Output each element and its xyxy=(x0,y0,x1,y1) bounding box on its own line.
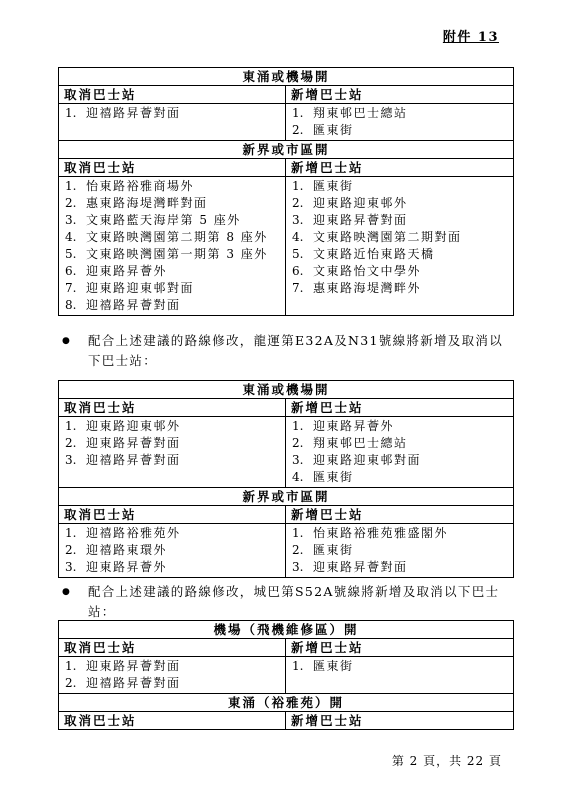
bus-stop-row: 1.迎禧路裕雅苑外 xyxy=(59,525,285,542)
bus-stop-number: 5. xyxy=(59,246,86,263)
table-section-body: 1.迎東路昇薈對面2.迎禧路昇薈對面1.匯東街 xyxy=(59,656,513,693)
bus-stop-number: 1. xyxy=(286,418,313,435)
table-column-headers: 取消巴士站新增巴士站 xyxy=(59,638,513,656)
cancel-stop-list: 1.迎禧路裕雅苑外2.迎禧路東環外3.迎東路昇薈外 xyxy=(59,524,286,577)
document-page: 附件 13 東涌或機場開取消巴士站新增巴士站1.迎禧路昇薈對面1.翔東邨巴士總站… xyxy=(0,0,566,800)
table-column-headers: 取消巴士站新增巴士站 xyxy=(59,505,513,523)
bus-stop-name: 匯東街 xyxy=(313,469,513,486)
bus-stop-row: 1.匯東街 xyxy=(286,178,513,195)
add-column-header: 新增巴士站 xyxy=(286,159,513,176)
bus-stop-name: 怡東路裕雅商場外 xyxy=(86,178,285,195)
bus-stop-row: 2.迎東路昇薈對面 xyxy=(59,435,285,452)
add-stop-list: 1.迎東路昇薈外2.翔東邨巴士總站3.迎東路迎東邨對面4.匯東街 xyxy=(286,417,513,487)
bullet-item-2: ● 配合上述建議的路線修改，城巴第S52A號線將新增及取消以下巴士站： xyxy=(62,582,514,622)
bus-stop-number: 2. xyxy=(286,542,313,559)
bus-stop-row: 1.匯東街 xyxy=(286,658,513,675)
bus-stop-name: 文東路映灣園第二期對面 xyxy=(313,229,513,246)
cancel-stop-list: 1.怡東路裕雅商場外2.惠東路海堤灣畔對面3.文東路藍天海岸第 5 座外4.文東… xyxy=(59,177,286,315)
bus-stop-row: 1.迎東路昇薈外 xyxy=(286,418,513,435)
bus-stop-number: 1. xyxy=(286,105,313,122)
bullet-icon: ● xyxy=(62,331,88,371)
bullet-text-1: 配合上述建議的路線修改，龍運第E32A及N31號線將新增及取消以下巴士站： xyxy=(88,331,514,371)
bus-stop-row: 1.翔東邨巴士總站 xyxy=(286,105,513,122)
bus-stop-name: 迎禧路昇薈對面 xyxy=(86,297,285,314)
bus-stop-name: 匯東街 xyxy=(313,178,513,195)
bus-stop-number: 2. xyxy=(59,542,86,559)
bus-stop-name: 迎東路昇薈外 xyxy=(86,263,285,280)
bus-stop-number: 7. xyxy=(286,280,313,297)
table-column-headers: 取消巴士站新增巴士站 xyxy=(59,398,513,416)
bus-stop-row: 2.迎禧路東環外 xyxy=(59,542,285,559)
bus-stop-number: 1. xyxy=(286,525,313,542)
bus-stop-number: 1. xyxy=(59,178,86,195)
bullet-item-1: ● 配合上述建議的路線修改，龍運第E32A及N31號線將新增及取消以下巴士站： xyxy=(62,331,514,371)
bus-stop-name: 惠東路海堤灣畔外 xyxy=(313,280,513,297)
bus-stop-row: 1.迎東路昇薈對面 xyxy=(59,658,285,675)
bus-stop-row: 2.迎禧路昇薈對面 xyxy=(59,675,285,692)
bus-stop-name: 迎東路昇薈對面 xyxy=(313,559,513,576)
bus-stop-row: 5.文東路映灣園第一期第 3 座外 xyxy=(59,246,285,263)
bus-stop-row: 3.迎東路昇薈對面 xyxy=(286,559,513,576)
bus-stop-row: 2.惠東路海堤灣畔對面 xyxy=(59,195,285,212)
bus-stop-number: 4. xyxy=(286,469,313,486)
bus-stop-row: 3.迎東路昇薈對面 xyxy=(286,212,513,229)
bus-stop-name: 文東路近怡東路天橋 xyxy=(313,246,513,263)
bus-stop-row: 1.怡東路裕雅苑雅盛閣外 xyxy=(286,525,513,542)
bus-stop-name: 匯東街 xyxy=(313,122,513,139)
add-column-header: 新增巴士站 xyxy=(286,712,513,729)
bus-stop-number: 1. xyxy=(286,178,313,195)
bullet-icon: ● xyxy=(62,582,88,622)
table-column-headers: 取消巴士站新增巴士站 xyxy=(59,85,513,103)
bus-stop-number: 2. xyxy=(59,435,86,452)
bus-stop-number: 1. xyxy=(59,525,86,542)
bus-stop-name: 文東路映灣園第一期第 3 座外 xyxy=(86,246,285,263)
bus-stop-name: 惠東路海堤灣畔對面 xyxy=(86,195,285,212)
table-section-title: 新界或市區開 xyxy=(59,487,513,505)
bus-stop-name: 文東路怡文中學外 xyxy=(313,263,513,280)
table-column-headers: 取消巴士站新增巴士站 xyxy=(59,158,513,176)
add-column-header: 新增巴士站 xyxy=(286,399,513,416)
bus-stop-name: 迎禧路東環外 xyxy=(86,542,285,559)
bus-stop-row: 6.迎東路昇薈外 xyxy=(59,263,285,280)
add-stop-list: 1.翔東邨巴士總站2.匯東街 xyxy=(286,104,513,140)
bus-stop-number: 4. xyxy=(59,229,86,246)
bullet-text-2: 配合上述建議的路線修改，城巴第S52A號線將新增及取消以下巴士站： xyxy=(88,582,514,622)
bus-stop-number: 6. xyxy=(59,263,86,280)
cancel-column-header: 取消巴士站 xyxy=(59,399,286,416)
page-number: 第 2 頁，共 22 頁 xyxy=(392,752,502,769)
bus-stop-row: 3.迎東路迎東邨對面 xyxy=(286,452,513,469)
bus-stop-row: 1.迎禧路昇薈對面 xyxy=(59,105,285,122)
bus-stop-number: 4. xyxy=(286,229,313,246)
bus-stop-name: 匯東街 xyxy=(313,542,513,559)
bus-stop-number: 1. xyxy=(286,658,313,675)
table-section-title: 機場（飛機維修區）開 xyxy=(59,621,513,638)
bus-stop-number: 3. xyxy=(59,559,86,576)
bus-stop-name: 文東路藍天海岸第 5 座外 xyxy=(86,212,285,229)
bus-stop-name: 迎東路迎東邨對面 xyxy=(313,452,513,469)
bus-stop-row: 2.匯東街 xyxy=(286,122,513,139)
bus-stop-name: 迎禧路昇薈對面 xyxy=(86,675,285,692)
cancel-column-header: 取消巴士站 xyxy=(59,639,286,656)
bus-stop-row: 4.匯東街 xyxy=(286,469,513,486)
cancel-column-header: 取消巴士站 xyxy=(59,506,286,523)
cancel-column-header: 取消巴士站 xyxy=(59,712,286,729)
bus-stop-name: 迎禧路昇薈對面 xyxy=(86,105,285,122)
bus-stop-number: 7. xyxy=(59,280,86,297)
table-section-body: 1.迎東路迎東邨外2.迎東路昇薈對面3.迎禧路昇薈對面1.迎東路昇薈外2.翔東邨… xyxy=(59,416,513,487)
cancel-column-header: 取消巴士站 xyxy=(59,86,286,103)
table-section-title: 東涌或機場開 xyxy=(59,68,513,85)
bus-stop-number: 5. xyxy=(286,246,313,263)
bus-stop-name: 迎東路迎東邨外 xyxy=(86,418,285,435)
bus-stop-table-1: 東涌或機場開取消巴士站新增巴士站1.迎禧路昇薈對面1.翔東邨巴士總站2.匯東街新… xyxy=(58,67,514,316)
bus-stop-row: 4.文東路映灣園第二期第 8 座外 xyxy=(59,229,285,246)
table-section-body: 1.怡東路裕雅商場外2.惠東路海堤灣畔對面3.文東路藍天海岸第 5 座外4.文東… xyxy=(59,176,513,315)
bus-stop-number: 1. xyxy=(59,418,86,435)
cancel-stop-list: 1.迎東路迎東邨外2.迎東路昇薈對面3.迎禧路昇薈對面 xyxy=(59,417,286,487)
bus-stop-number: 8. xyxy=(59,297,86,314)
bus-stop-number: 2. xyxy=(59,195,86,212)
bus-stop-row: 3.迎東路昇薈外 xyxy=(59,559,285,576)
bus-stop-name: 匯東街 xyxy=(313,658,513,675)
bus-stop-number: 3. xyxy=(286,452,313,469)
bus-stop-row: 7.惠東路海堤灣畔外 xyxy=(286,280,513,297)
bus-stop-row: 7.迎東路迎東邨對面 xyxy=(59,280,285,297)
bus-stop-row: 3.迎禧路昇薈對面 xyxy=(59,452,285,469)
bus-stop-number: 2. xyxy=(286,195,313,212)
bus-stop-number: 1. xyxy=(59,105,86,122)
bus-stop-name: 迎東路昇薈外 xyxy=(313,418,513,435)
bus-stop-row: 2.迎東路迎東邨外 xyxy=(286,195,513,212)
table-section-title: 東涌（裕雅苑）開 xyxy=(59,693,513,711)
bus-stop-row: 1.怡東路裕雅商場外 xyxy=(59,178,285,195)
add-column-header: 新增巴士站 xyxy=(286,639,513,656)
table-section-body: 1.迎禧路昇薈對面1.翔東邨巴士總站2.匯東街 xyxy=(59,103,513,140)
add-column-header: 新增巴士站 xyxy=(286,86,513,103)
add-stop-list: 1.匯東街 xyxy=(286,657,513,693)
bus-stop-name: 迎禧路裕雅苑外 xyxy=(86,525,285,542)
bus-stop-number: 3. xyxy=(59,212,86,229)
appendix-label: 附件 13 xyxy=(443,26,499,45)
bus-stop-name: 迎東路昇薈對面 xyxy=(86,658,285,675)
bus-stop-name: 文東路映灣園第二期第 8 座外 xyxy=(86,229,285,246)
add-column-header: 新增巴士站 xyxy=(286,506,513,523)
add-stop-list: 1.怡東路裕雅苑雅盛閣外2.匯東街3.迎東路昇薈對面 xyxy=(286,524,513,577)
bus-stop-number: 2. xyxy=(286,435,313,452)
bus-stop-name: 翔東邨巴士總站 xyxy=(313,435,513,452)
bus-stop-row: 4.文東路映灣園第二期對面 xyxy=(286,229,513,246)
cancel-stop-list: 1.迎東路昇薈對面2.迎禧路昇薈對面 xyxy=(59,657,286,693)
bus-stop-number: 3. xyxy=(286,559,313,576)
bus-stop-row: 2.匯東街 xyxy=(286,542,513,559)
cancel-column-header: 取消巴士站 xyxy=(59,159,286,176)
bus-stop-row: 2.翔東邨巴士總站 xyxy=(286,435,513,452)
bus-stop-name: 迎東路昇薈對面 xyxy=(313,212,513,229)
bus-stop-name: 迎東路昇薈外 xyxy=(86,559,285,576)
bus-stop-row: 6.文東路怡文中學外 xyxy=(286,263,513,280)
bus-stop-name: 迎東路昇薈對面 xyxy=(86,435,285,452)
bus-stop-table-2: 東涌或機場開取消巴士站新增巴士站1.迎東路迎東邨外2.迎東路昇薈對面3.迎禧路昇… xyxy=(58,380,514,578)
table-section-body: 1.迎禧路裕雅苑外2.迎禧路東環外3.迎東路昇薈外1.怡東路裕雅苑雅盛閣外2.匯… xyxy=(59,523,513,577)
bus-stop-number: 1. xyxy=(59,658,86,675)
bus-stop-number: 2. xyxy=(59,675,86,692)
bus-stop-name: 迎東路迎東邨外 xyxy=(313,195,513,212)
table-section-title: 東涌或機場開 xyxy=(59,381,513,398)
bus-stop-row: 1.迎東路迎東邨外 xyxy=(59,418,285,435)
bus-stop-number: 2. xyxy=(286,122,313,139)
table-section-title: 新界或市區開 xyxy=(59,140,513,158)
bus-stop-name: 怡東路裕雅苑雅盛閣外 xyxy=(313,525,513,542)
bus-stop-row: 3.文東路藍天海岸第 5 座外 xyxy=(59,212,285,229)
cancel-stop-list: 1.迎禧路昇薈對面 xyxy=(59,104,286,140)
bus-stop-name: 迎東路迎東邨對面 xyxy=(86,280,285,297)
table-column-headers: 取消巴士站新增巴士站 xyxy=(59,711,513,729)
bus-stop-number: 3. xyxy=(286,212,313,229)
bus-stop-row: 5.文東路近怡東路天橋 xyxy=(286,246,513,263)
bus-stop-name: 翔東邨巴士總站 xyxy=(313,105,513,122)
bus-stop-table-3: 機場（飛機維修區）開取消巴士站新增巴士站1.迎東路昇薈對面2.迎禧路昇薈對面1.… xyxy=(58,620,514,730)
bus-stop-row: 8.迎禧路昇薈對面 xyxy=(59,297,285,314)
bus-stop-number: 3. xyxy=(59,452,86,469)
add-stop-list: 1.匯東街2.迎東路迎東邨外3.迎東路昇薈對面4.文東路映灣園第二期對面5.文東… xyxy=(286,177,513,315)
bus-stop-name: 迎禧路昇薈對面 xyxy=(86,452,285,469)
bus-stop-number: 6. xyxy=(286,263,313,280)
